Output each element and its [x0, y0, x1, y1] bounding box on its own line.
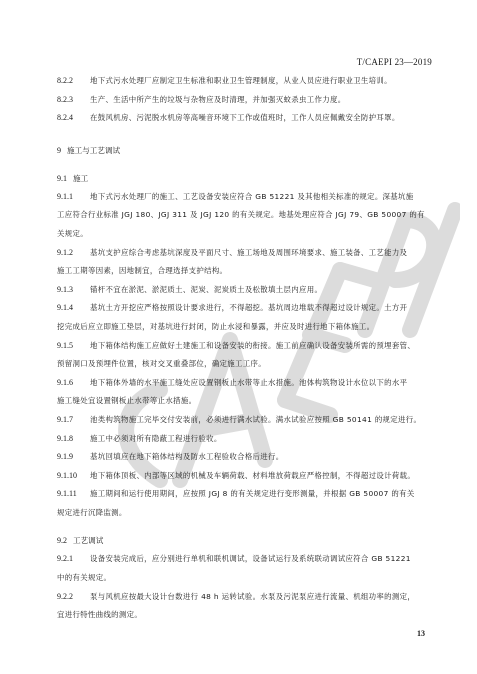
clause-9-1-9: 9.1.9基坑回填应在地下箱体结构及防水工程验收合格后进行。	[57, 448, 432, 467]
clause-9-1-6-cont: 施工缝处宜设置钢板止水带等止水措施。	[57, 392, 432, 411]
clause-text: 施工期间和运行使用期间，应按照 JGJ 8 的有关规定进行变形测量，并根据 GB…	[90, 489, 415, 498]
clause-text: 基坑回填应在地下箱体结构及防水工程验收合格后进行。	[90, 452, 284, 461]
clause-number: 9.1.7	[57, 411, 90, 430]
subsection-9-2-heading: 9.2工艺调试	[57, 532, 432, 550]
document-body: 8.2.2地下式污水处理厂应制定卫生标准和职业卫生管理制度，从业人员应进行职业卫…	[57, 72, 432, 625]
clause-9-1-6: 9.1.6地下箱体外墙的水平施工缝处应设置钢板止水带等止水措施。池体构筑物设计水…	[57, 374, 432, 393]
clause-9-1-3: 9.1.3锚杆不宜在淤泥、淤泥质土、泥炭、泥炭质土及松散填土层内应用。	[57, 281, 432, 300]
clause-9-2-2: 9.2.2泵与风机应按最大设计台数进行 48 h 运转试验。水泵及污泥泵应进行流…	[57, 588, 432, 607]
clause-text: 规定进行沉降监测。	[57, 508, 127, 517]
clause-number: 9.2.1	[57, 550, 90, 569]
clause-8-2-4: 8.2.4在鼓风机房、污泥脱水机房等高噪音环境下工作或值班时，工作人员应佩戴安全…	[57, 109, 432, 128]
clause-number: 9.1.5	[57, 337, 90, 356]
clause-9-1-5-cont: 预留洞口及预埋件位置，核对交叉重叠部位，确定施工工序。	[57, 355, 432, 374]
clause-text: 关规定。	[57, 229, 88, 238]
clause-9-2-2-cont: 宜进行特性曲线的测定。	[57, 606, 432, 625]
clause-text: 施工中必须对所有隐蔽工程进行验收。	[90, 434, 222, 443]
clause-9-1-11-cont: 规定进行沉降监测。	[57, 504, 432, 523]
clause-9-2-1-cont: 中的有关规定。	[57, 569, 432, 588]
clause-text: 挖完成后应立即施工垫层，对基坑进行封闭，防止水浸和暴露，并应及时进行地下箱体施工…	[57, 322, 374, 331]
clause-text: 宜进行特性曲线的测定。	[57, 610, 142, 619]
clause-9-1-1-cont: 关规定。	[57, 225, 432, 244]
clause-text: 施工工期等因素，因地制宜，合理选择支护结构。	[57, 266, 227, 275]
clause-9-1-8: 9.1.8施工中必须对所有隐蔽工程进行验收。	[57, 430, 432, 449]
clause-9-1-4: 9.1.4基坑土方开挖应严格按照设计要求进行，不得超挖。基坑周边堆载不得超过设计…	[57, 299, 432, 318]
clause-text: 地下式污水处理厂的施工、工艺设备安装应符合 GB 51221 及其他相关标准的规…	[90, 192, 414, 201]
clause-text: 预留洞口及预埋件位置，核对交叉重叠部位，确定施工工序。	[57, 359, 266, 368]
clause-text: 施工缝处宜设置钢板止水带等止水措施。	[57, 396, 196, 405]
clause-number: 9.1.3	[57, 281, 90, 300]
clause-9-1-11: 9.1.11施工期间和运行使用期间，应按照 JGJ 8 的有关规定进行变形测量，…	[57, 485, 432, 504]
clause-text: 地下箱体顶板、内部等区域的机械及车辆荷载、材料堆放荷载应严格控制，不得超过设计荷…	[90, 471, 415, 480]
subsection-number: 9.2	[57, 532, 67, 550]
clause-text: 锚杆不宜在淤泥、淤泥质土、泥炭、泥炭质土及松散填土层内应用。	[90, 285, 322, 294]
clause-text: 设备安装完成后，应分别进行单机和联机调试，设备试运行及系统联动调试应符合 GB …	[90, 554, 411, 563]
clause-9-1-5: 9.1.5地下箱体结构施工应做好土建施工和设备安装的衔接。施工前应确认设备安装所…	[57, 337, 432, 356]
clause-8-2-2: 8.2.2地下式污水处理厂应制定卫生标准和职业卫生管理制度，从业人员应进行职业卫…	[57, 72, 432, 91]
clause-9-1-1-cont: 工应符合行业标准 JGJ 180、JGJ 311 及 JGJ 120 的有关规定…	[57, 206, 432, 225]
clause-9-2-1: 9.2.1设备安装完成后，应分别进行单机和联机调试，设备试运行及系统联动调试应符…	[57, 550, 432, 569]
clause-9-1-10: 9.1.10地下箱体顶板、内部等区域的机械及车辆荷载、材料堆放荷载应严格控制，不…	[57, 467, 432, 486]
clause-9-1-4-cont: 挖完成后应立即施工垫层，对基坑进行封闭，防止水浸和暴露，并应及时进行地下箱体施工…	[57, 318, 432, 337]
clause-number: 9.1.4	[57, 299, 90, 318]
clause-text: 地下箱体结构施工应做好土建施工和设备安装的衔接。施工前应确认设备安装所需的预埋套…	[90, 341, 415, 350]
clause-text: 地下箱体外墙的水平施工缝处应设置钢板止水带等止水措施。池体构筑物设计水位以下的水…	[90, 378, 407, 387]
clause-9-1-2: 9.1.2基坑支护应综合考虑基坑深度及平面尺寸、施工场地及周围环境要求、施工装备…	[57, 244, 432, 263]
section-9-heading: 9施工与工艺调试	[57, 142, 432, 160]
clause-8-2-3: 8.2.3生产、生活中所产生的垃圾与杂物应及时清理，并加强灭蚊杀虫工作力度。	[57, 91, 432, 110]
clause-number: 8.2.2	[57, 72, 90, 91]
clause-text: 生产、生活中所产生的垃圾与杂物应及时清理，并加强灭蚊杀虫工作力度。	[90, 95, 345, 104]
clause-number: 9.2.2	[57, 588, 90, 607]
clause-text: 中的有关规定。	[57, 573, 111, 582]
standard-code: T/CAEPI 23—2019	[357, 57, 432, 67]
document-page: T/CAEPI 23—2019 8.2.2地下式污水处理厂应制定卫生标准和职业卫…	[0, 0, 477, 674]
section-number: 9	[57, 142, 61, 160]
clause-number: 9.1.11	[57, 485, 90, 504]
subsection-title: 施工	[73, 174, 88, 183]
subsection-number: 9.1	[57, 170, 67, 188]
clause-number: 9.1.2	[57, 244, 90, 263]
clause-9-1-7: 9.1.7池类构筑物施工完毕交付安装前，必须进行满水试验。满水试验应按照 GB …	[57, 411, 432, 430]
subsection-9-1-heading: 9.1施工	[57, 170, 432, 188]
clause-number: 8.2.3	[57, 91, 90, 110]
clause-text: 基坑土方开挖应严格按照设计要求进行，不得超挖。基坑周边堆载不得超过设计规定。土方…	[90, 303, 407, 312]
section-title: 施工与工艺调试	[67, 146, 120, 155]
clause-9-1-2-cont: 施工工期等因素，因地制宜，合理选择支护结构。	[57, 262, 432, 281]
clause-text: 池类构筑物施工完毕交付安装前，必须进行满水试验。满水试验应按照 GB 50141…	[90, 415, 421, 424]
clause-number: 9.1.1	[57, 188, 90, 207]
clause-number: 8.2.4	[57, 109, 90, 128]
clause-text: 在鼓风机房、污泥脱水机房等高噪音环境下工作或值班时，工作人员应佩戴安全防护耳罩。	[90, 113, 400, 122]
subsection-title: 工艺调试	[73, 536, 103, 545]
page-number: 13	[417, 629, 425, 638]
clause-text: 地下式污水处理厂应制定卫生标准和职业卫生管理制度，从业人员应进行职业卫生培训。	[90, 76, 392, 85]
clause-number: 9.1.10	[57, 467, 90, 486]
clause-9-1-1: 9.1.1地下式污水处理厂的施工、工艺设备安装应符合 GB 51221 及其他相…	[57, 188, 432, 207]
clause-text: 基坑支护应综合考虑基坑深度及平面尺寸、施工场地及周围环境要求、施工装备、工艺能力…	[90, 248, 407, 257]
clause-text: 泵与风机应按最大设计台数进行 48 h 运转试验。水泵及污泥泵应进行流量、机组功…	[90, 592, 415, 601]
clause-number: 9.1.9	[57, 448, 90, 467]
clause-text: 工应符合行业标准 JGJ 180、JGJ 311 及 JGJ 120 的有关规定…	[57, 210, 425, 219]
clause-number: 9.1.8	[57, 430, 90, 449]
clause-number: 9.1.6	[57, 374, 90, 393]
